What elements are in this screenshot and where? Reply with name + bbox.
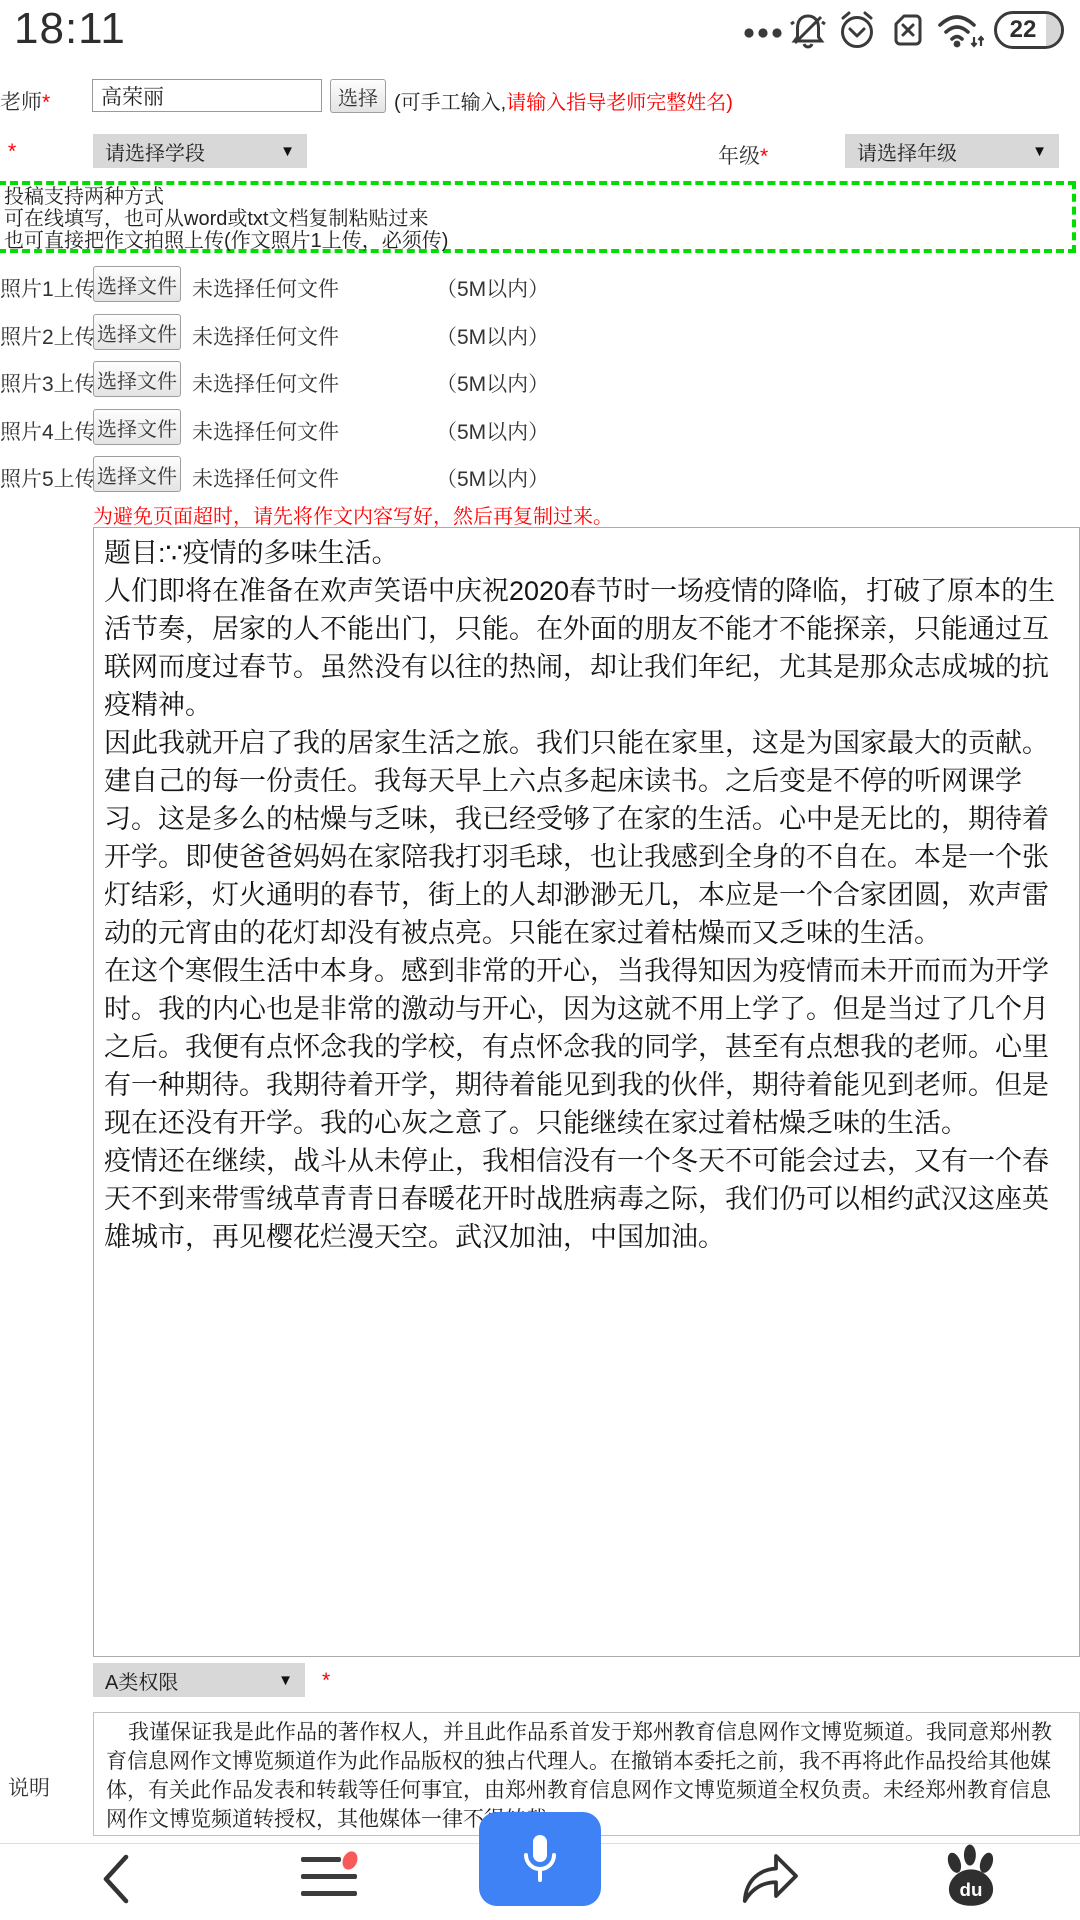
statement-label: 说明: [8, 1772, 50, 1802]
teacher-hint-red: 请输入指导老师完整姓名): [506, 92, 733, 114]
permission-select[interactable]: A类权限 ▼: [93, 1663, 305, 1697]
menu-icon[interactable]: [301, 1857, 359, 1908]
file-size-limit: （5M以内）: [436, 368, 549, 398]
wifi-icon: [936, 9, 984, 53]
file-status-text: 未选择任何文件: [192, 463, 339, 493]
microphone-icon: [518, 1830, 562, 1888]
status-time: 18:11: [14, 4, 126, 54]
file-status-text: 未选择任何文件: [192, 416, 339, 446]
file-size-limit: （5M以内）: [436, 321, 549, 351]
grade-required-asterisk: *: [760, 145, 768, 168]
share-icon[interactable]: [738, 1846, 804, 1906]
notice-line: 也可直接把作文拍照上传(作文照片1上传，必须传): [4, 230, 1066, 252]
choose-file-button[interactable]: 选择文件: [93, 361, 181, 397]
grade-select[interactable]: 请选择年级 ▼: [845, 134, 1059, 168]
no-sim-icon: [888, 10, 928, 50]
baidu-du-text: du: [960, 1879, 983, 1900]
teacher-label: 老师*: [0, 86, 50, 116]
notice-line: 投稿支持两种方式: [4, 186, 1066, 208]
photo-upload-label: 照片2上传: [0, 321, 96, 351]
chevron-down-icon: ▼: [278, 1672, 293, 1689]
menu-bar: [301, 1891, 357, 1896]
file-size-limit: （5M以内）: [436, 273, 549, 303]
file-size-limit: （5M以内）: [436, 416, 549, 446]
file-status-text: 未选择任何文件: [192, 368, 339, 398]
teacher-hint: (可手工输入,请输入指导老师完整姓名): [394, 86, 733, 115]
stage-select-value: 请选择学段: [105, 137, 205, 166]
photo-upload-row: 照片4上传 选择文件 未选择任何文件 （5M以内）: [0, 409, 1080, 449]
file-status-text: 未选择任何文件: [192, 273, 339, 303]
battery-percent: 22: [997, 16, 1049, 44]
file-size-limit: （5M以内）: [436, 463, 549, 493]
mute-bell-icon: [788, 10, 828, 52]
menu-bar: [301, 1874, 357, 1879]
submission-notice-box: 投稿支持两种方式 可在线填写，也可从word或txt文档复制粘贴过来 也可直接把…: [0, 181, 1076, 253]
teacher-choose-button[interactable]: 选择: [330, 79, 386, 113]
voice-search-button[interactable]: [479, 1812, 601, 1906]
chevron-down-icon: ▼: [280, 143, 295, 160]
photo-upload-row: 照片3上传 选择文件 未选择任何文件 （5M以内）: [0, 361, 1080, 401]
more-notifications-icon: [743, 26, 783, 40]
permission-select-value: A类权限: [105, 1666, 178, 1695]
grade-label: 年级*: [718, 140, 768, 170]
stage-required-asterisk: *: [8, 140, 16, 164]
grade-select-value: 请选择年级: [857, 137, 957, 166]
photo-upload-label: 照片3上传: [0, 368, 96, 398]
choose-file-button[interactable]: 选择文件: [93, 314, 181, 350]
permission-required-asterisk: *: [322, 1669, 330, 1693]
photo-upload-label: 照片4上传: [0, 416, 96, 446]
photo-upload-row: 照片1上传 选择文件 未选择任何文件 （5M以内）: [0, 266, 1080, 306]
choose-file-button[interactable]: 选择文件: [93, 456, 181, 492]
chevron-down-icon: ▼: [1032, 143, 1047, 160]
required-asterisk: *: [42, 91, 50, 114]
baidu-logo-icon[interactable]: du: [940, 1844, 1002, 1908]
menu-bar: [301, 1857, 341, 1862]
photo-upload-row: 照片2上传 选择文件 未选择任何文件 （5M以内）: [0, 314, 1080, 354]
alarm-clock-icon: [836, 8, 878, 52]
notice-line: 可在线填写，也可从word或txt文档复制粘贴过来: [4, 208, 1066, 230]
choose-file-button[interactable]: 选择文件: [93, 266, 181, 302]
file-status-text: 未选择任何文件: [192, 321, 339, 351]
stage-select[interactable]: 请选择学段 ▼: [93, 134, 307, 168]
teacher-input[interactable]: [92, 79, 322, 112]
screen: 18:11 22 老师* 选择 (可手工输入,请输入指导老师完整姓名): [0, 0, 1080, 1920]
photo-upload-label: 照片1上传: [0, 273, 96, 303]
choose-file-button[interactable]: 选择文件: [93, 409, 181, 445]
back-icon[interactable]: [95, 1852, 137, 1906]
photo-upload-row: 照片5上传 选择文件 未选择任何文件 （5M以内）: [0, 456, 1080, 496]
timeout-warning-text: 为避免页面超时，请先将作文内容写好，然后再复制过来。: [93, 500, 613, 529]
photo-upload-label: 照片5上传: [0, 463, 96, 493]
essay-textarea[interactable]: 题目:∵疫情的多味生活。 人们即将在准备在欢声笑语中庆祝2020春节时一场疫情的…: [93, 527, 1080, 1657]
battery-icon: 22: [994, 11, 1064, 49]
